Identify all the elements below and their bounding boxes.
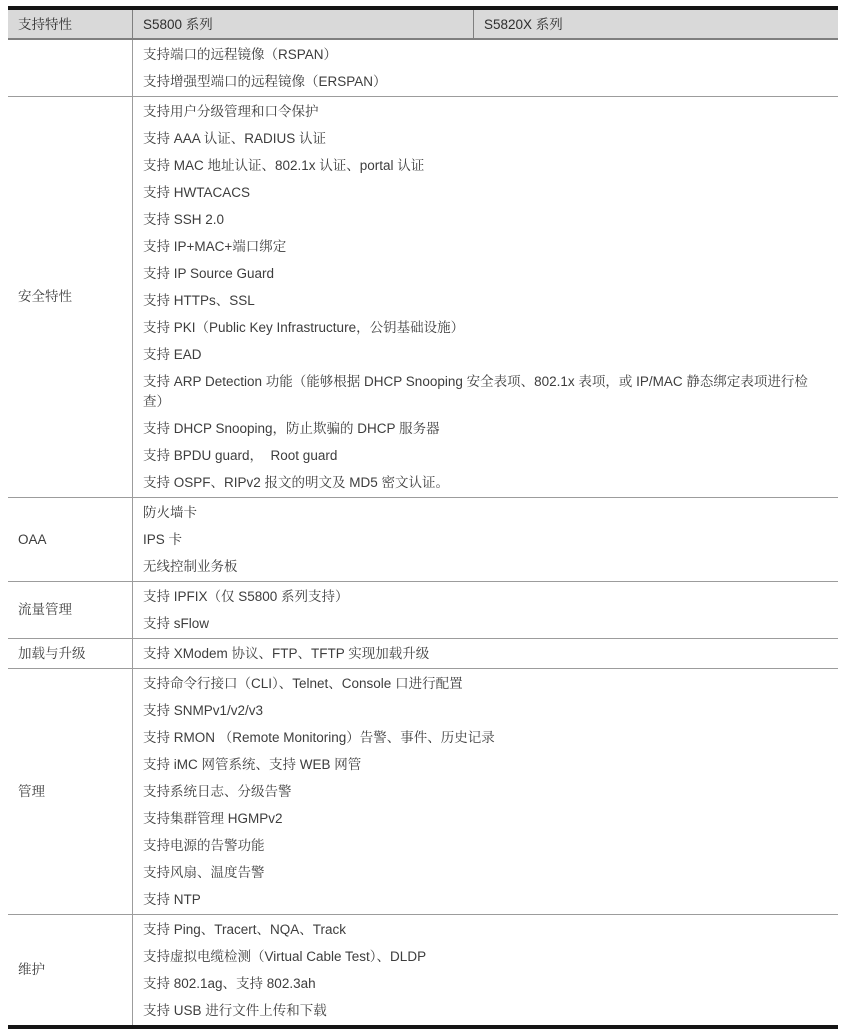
feature-line: 支持 RMON （Remote Monitoring）告警、事件、历史记录	[143, 724, 826, 751]
table-section-row: 流量管理 支持 IPFIX（仅 S5800 系列支持）支持 sFlow	[8, 581, 838, 638]
feature-line: 支持 DHCP Snooping，防止欺骗的 DHCP 服务器	[143, 415, 826, 442]
feature-line: 支持 HWTACACS	[143, 179, 826, 206]
feature-line: 支持风扇、温度告警	[143, 859, 826, 886]
feature-line: 防火墙卡	[143, 499, 826, 526]
feature-line: 无线控制业务板	[143, 553, 826, 580]
feature-line: 支持用户分级管理和口令保护	[143, 98, 826, 125]
table-section-row: OAA 防火墙卡IPS 卡无线控制业务板	[8, 497, 838, 581]
section-label	[8, 40, 133, 96]
feature-line: 支持 Ping、Tracert、NQA、Track	[143, 916, 826, 943]
feature-line: 支持虚拟电缆检测（Virtual Cable Test）、DLDP	[143, 943, 826, 970]
header-cell-s5820x: S5820X 系列	[474, 10, 838, 38]
table-body: 支持端口的远程镜像（RSPAN）支持增强型端口的远程镜像（ERSPAN） 安全特…	[8, 40, 838, 1025]
feature-line: 支持 OSPF、RIPv2 报文的明文及 MD5 密文认证。	[143, 469, 826, 496]
table-section-row: 维护 支持 Ping、Tracert、NQA、Track支持虚拟电缆检测（Vir…	[8, 914, 838, 1025]
feature-line: 支持集群管理 HGMPv2	[143, 805, 826, 832]
feature-line: 支持 BPDU guard， Root guard	[143, 442, 826, 469]
table-section-row: 加载与升级 支持 XModem 协议、FTP、TFTP 实现加载升级	[8, 638, 838, 668]
table-header-row: 支持特性 S5800 系列 S5820X 系列	[8, 10, 838, 40]
feature-line: 支持增强型端口的远程镜像（ERSPAN）	[143, 68, 826, 95]
feature-line: 支持 USB 进行文件上传和下载	[143, 997, 826, 1024]
table-section-row: 管理 支持命令行接口（CLI）、Telnet、Console 口进行配置支持 S…	[8, 668, 838, 914]
feature-line: 支持命令行接口（CLI）、Telnet、Console 口进行配置	[143, 670, 826, 697]
feature-line: 支持系统日志、分级告警	[143, 778, 826, 805]
feature-line: 支持 IP+MAC+端口绑定	[143, 233, 826, 260]
spec-document-page: 支持特性 S5800 系列 S5820X 系列 支持端口的远程镜像（RSPAN）…	[0, 0, 841, 1029]
section-content: 防火墙卡IPS 卡无线控制业务板	[133, 498, 838, 581]
section-label: 安全特性	[8, 97, 133, 497]
feature-line: 支持电源的告警功能	[143, 832, 826, 859]
feature-line: 支持 iMC 网管系统、支持 WEB 网管	[143, 751, 826, 778]
feature-line: 支持 NTP	[143, 886, 826, 913]
section-content: 支持用户分级管理和口令保护支持 AAA 认证、RADIUS 认证支持 MAC 地…	[133, 97, 838, 497]
header-cell-feature: 支持特性	[8, 10, 133, 38]
section-content: 支持 Ping、Tracert、NQA、Track支持虚拟电缆检测（Virtua…	[133, 915, 838, 1025]
feature-line: 支持 HTTPs、SSL	[143, 287, 826, 314]
section-label: 流量管理	[8, 582, 133, 638]
section-content: 支持 IPFIX（仅 S5800 系列支持）支持 sFlow	[133, 582, 838, 638]
feature-line: 支持 XModem 协议、FTP、TFTP 实现加载升级	[143, 640, 826, 667]
feature-line: IPS 卡	[143, 526, 826, 553]
feature-line: 支持 EAD	[143, 341, 826, 368]
section-label: OAA	[8, 498, 133, 581]
feature-line: 支持 IPFIX（仅 S5800 系列支持）	[143, 583, 826, 610]
feature-line: 支持 MAC 地址认证、802.1x 认证、portal 认证	[143, 152, 826, 179]
section-label: 管理	[8, 669, 133, 914]
section-label: 维护	[8, 915, 133, 1025]
feature-line: 支持 IP Source Guard	[143, 260, 826, 287]
feature-line: 支持 AAA 认证、RADIUS 认证	[143, 125, 826, 152]
feature-line: 支持 802.1ag、支持 802.3ah	[143, 970, 826, 997]
table-section-row: 支持端口的远程镜像（RSPAN）支持增强型端口的远程镜像（ERSPAN）	[8, 40, 838, 96]
feature-table: 支持特性 S5800 系列 S5820X 系列 支持端口的远程镜像（RSPAN）…	[8, 6, 838, 1029]
feature-line: 支持 PKI（Public Key Infrastructure，公钥基础设施）	[143, 314, 826, 341]
feature-line: 支持端口的远程镜像（RSPAN）	[143, 41, 826, 68]
feature-line: 支持 ARP Detection 功能（能够根据 DHCP Snooping 安…	[143, 368, 826, 415]
section-label: 加载与升级	[8, 639, 133, 668]
feature-line: 支持 SSH 2.0	[143, 206, 826, 233]
header-cell-s5800: S5800 系列	[133, 10, 474, 38]
section-content: 支持 XModem 协议、FTP、TFTP 实现加载升级	[133, 639, 838, 668]
feature-line: 支持 sFlow	[143, 610, 826, 637]
section-content: 支持端口的远程镜像（RSPAN）支持增强型端口的远程镜像（ERSPAN）	[133, 40, 838, 96]
section-content: 支持命令行接口（CLI）、Telnet、Console 口进行配置支持 SNMP…	[133, 669, 838, 914]
table-section-row: 安全特性 支持用户分级管理和口令保护支持 AAA 认证、RADIUS 认证支持 …	[8, 96, 838, 497]
feature-line: 支持 SNMPv1/v2/v3	[143, 697, 826, 724]
